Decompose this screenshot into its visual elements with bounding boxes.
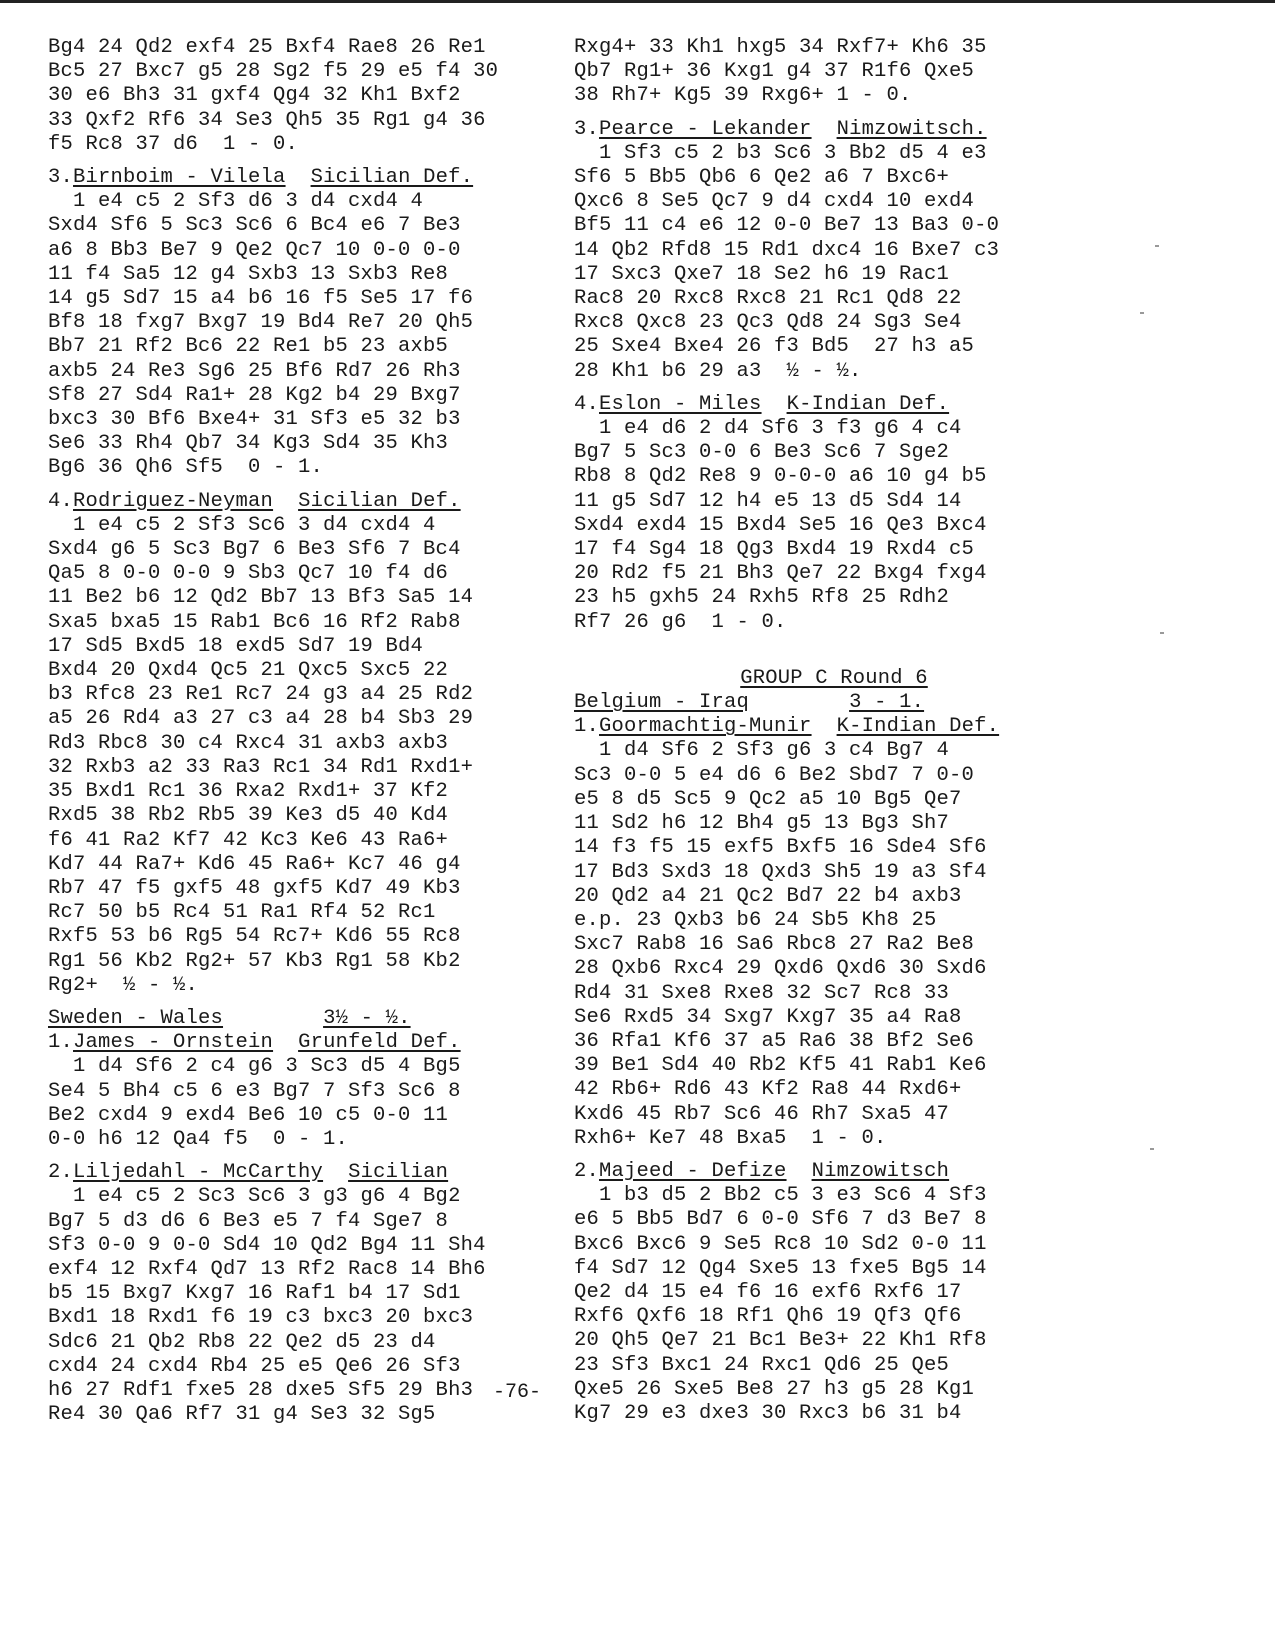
move-line: Se6 33 Rh4 Qb7 34 Kg3 Sd4 35 Kh3 <box>48 432 568 456</box>
move-line: 39 Be1 Sd4 40 Rb2 Kf5 41 Rab1 Ke6 <box>574 1054 1094 1078</box>
game-opening: Sicilian <box>348 1161 448 1184</box>
game-number: 4. <box>574 393 599 416</box>
move-line: 23 h5 gxh5 24 Rxh5 Rf8 25 Rdh2 <box>574 586 1094 610</box>
game-opening: Nimzowitsch <box>812 1160 950 1183</box>
spacer <box>273 490 298 513</box>
game-number: 2. <box>574 1160 599 1183</box>
move-line: Re4 30 Qa6 Rf7 31 g4 Se3 32 Sg5 <box>48 1403 568 1427</box>
move-line: Bb7 21 Rf2 Bc6 22 Re1 b5 23 axb5 <box>48 335 568 359</box>
move-line: Bc5 27 Bxc7 g5 28 Sg2 f5 29 e5 f4 30 <box>48 60 568 84</box>
page-number: -76- <box>493 1381 541 1404</box>
move-line: 36 Rfa1 Kf6 37 a5 Ra6 38 Bf2 Se6 <box>574 1030 1094 1054</box>
match-teams: Belgium - Iraq <box>574 691 749 714</box>
game-opening: Nimzowitsch. <box>837 118 987 141</box>
move-line: Rxc8 Qxc8 23 Qc3 Qd8 24 Sg3 Se4 <box>574 311 1094 335</box>
move-line: Kxd6 45 Rb7 Sc6 46 Rh7 Sxa5 47 <box>574 1103 1094 1127</box>
game-number: 2. <box>48 1161 73 1184</box>
move-line: 14 g5 Sd7 15 a4 b6 16 f5 Se5 17 f6 <box>48 287 568 311</box>
game-opening: K-Indian Def. <box>837 715 1000 738</box>
move-line: Rxd5 38 Rb2 Rb5 39 Ke3 d5 40 Kd4 <box>48 804 568 828</box>
spacer <box>787 1160 812 1183</box>
match-heading-belgium-iraq: Belgium - Iraq 3 - 1. <box>574 691 1094 715</box>
game-majeed-defize: 2.Majeed - Defize Nimzowitsch 1 b3 d5 2 … <box>574 1160 1094 1426</box>
move-line: 1 b3 d5 2 Bb2 c5 3 e3 Sc6 4 Sf3 <box>574 1184 1094 1208</box>
move-line: cxd4 24 cxd4 Rb4 25 e5 Qe6 26 Sf3 <box>48 1355 568 1379</box>
move-line: 1 e4 d6 2 d4 Sf6 3 f3 g6 4 c4 <box>574 417 1094 441</box>
move-line: Qb7 Rg1+ 36 Kxg1 g4 37 R1f6 Qxe5 <box>574 60 1094 84</box>
move-line: 1 Sf3 c5 2 b3 Sc6 3 Bb2 d5 4 e3 <box>574 142 1094 166</box>
move-line: exf4 12 Rxf4 Qd7 13 Rf2 Rac8 14 Bh6 <box>48 1258 568 1282</box>
move-line: 11 Sd2 h6 12 Bh4 g5 13 Bg3 Sh7 <box>574 812 1094 836</box>
move-line: 0-0 h6 12 Qa4 f5 0 - 1. <box>48 1128 568 1152</box>
game-opening: Grunfeld Def. <box>298 1031 461 1054</box>
move-line: Kg7 29 e3 dxe3 30 Rxc3 b6 31 b4 <box>574 1402 1094 1426</box>
move-line: Bg4 24 Qd2 exf4 25 Bxf4 Rae8 26 Re1 <box>48 36 568 60</box>
move-line: 20 Qh5 Qe7 21 Bc1 Be3+ 22 Kh1 Rf8 <box>574 1329 1094 1353</box>
spacer <box>323 1161 348 1184</box>
match-heading-sweden-wales: Sweden - Wales 3½ - ½. <box>48 1007 568 1031</box>
game-heading: 1.James - Ornstein Grunfeld Def. <box>48 1031 568 1055</box>
game-players: Liljedahl - McCarthy <box>73 1161 323 1184</box>
move-line: Sxd4 exd4 15 Bxd4 Se5 16 Qe3 Bxc4 <box>574 514 1094 538</box>
move-line: Bg7 5 d3 d6 6 Be3 e5 7 f4 Sge7 8 <box>48 1210 568 1234</box>
match-teams: Sweden - Wales <box>48 1007 223 1030</box>
left-column: Bg4 24 Qd2 exf4 25 Bxf4 Rae8 26 Re1Bc5 2… <box>48 36 568 1427</box>
move-line: Bg7 5 Sc3 0-0 6 Be3 Sc6 7 Sge2 <box>574 441 1094 465</box>
move-line: f5 Rc8 37 d6 1 - 0. <box>48 133 568 157</box>
move-line: 17 Bd3 Sxd3 18 Qxd3 Sh5 19 a3 Sf4 <box>574 861 1094 885</box>
game-players: Pearce - Lekander <box>599 118 812 141</box>
game-number: 3. <box>48 166 73 189</box>
move-line: Be2 cxd4 9 exd4 Be6 10 c5 0-0 11 <box>48 1104 568 1128</box>
move-line: Rd4 31 Sxe8 Rxe8 32 Sc7 Rc8 33 <box>574 982 1094 1006</box>
game-opening: Sicilian Def. <box>298 490 461 513</box>
move-line: Kd7 44 Ra7+ Kd6 45 Ra6+ Kc7 46 g4 <box>48 853 568 877</box>
move-line: Sf8 27 Sd4 Ra1+ 28 Kg2 b4 29 Bxg7 <box>48 384 568 408</box>
game-number: 3. <box>574 118 599 141</box>
spacer <box>286 166 311 189</box>
move-line: Rxf5 53 b6 Rg5 54 Rc7+ Kd6 55 Rc8 <box>48 925 568 949</box>
move-line: b5 15 Bxg7 Kxg7 16 Raf1 b4 17 Sd1 <box>48 1282 568 1306</box>
game-goormachtig-munir: 1.Goormachtig-Munir K-Indian Def. 1 d4 S… <box>574 715 1094 1151</box>
move-line: e6 5 Bb5 Bd7 6 0-0 Sf6 7 d3 Be7 8 <box>574 1208 1094 1232</box>
move-line: 1 e4 c5 2 Sf3 Sc6 3 d4 cxd4 4 <box>48 514 568 538</box>
scan-speck <box>1140 312 1144 314</box>
move-line: Rd3 Rbc8 30 c4 Rxc4 31 axb3 axb3 <box>48 732 568 756</box>
move-line: Sdc6 21 Qb2 Rb8 22 Qe2 d5 23 d4 <box>48 1331 568 1355</box>
scan-speck <box>1155 245 1159 247</box>
game-eslon-miles: 4.Eslon - Miles K-Indian Def. 1 e4 d6 2 … <box>574 393 1094 635</box>
move-line: Rxh6+ Ke7 48 Bxa5 1 - 0. <box>574 1127 1094 1151</box>
move-line: 17 f4 Sg4 18 Qg3 Bxd4 19 Rxd4 c5 <box>574 538 1094 562</box>
move-line: Qxc6 8 Se5 Qc7 9 d4 cxd4 10 exd4 <box>574 190 1094 214</box>
move-line: bxc3 30 Bf6 Bxe4+ 31 Sf3 e5 32 b3 <box>48 408 568 432</box>
move-line: Qa5 8 0-0 0-0 9 Sb3 Qc7 10 f4 d6 <box>48 562 568 586</box>
move-line: a6 8 Bb3 Be7 9 Qe2 Qc7 10 0-0 0-0 <box>48 239 568 263</box>
move-line: Sxd4 g6 5 Sc3 Bg7 6 Be3 Sf6 7 Bc4 <box>48 538 568 562</box>
move-line: 30 e6 Bh3 31 gxf4 Qg4 32 Kh1 Bxf2 <box>48 84 568 108</box>
move-line: 1 d4 Sf6 2 c4 g6 3 Sc3 d5 4 Bg5 <box>48 1055 568 1079</box>
game-players: Rodriguez-Neyman <box>73 490 273 513</box>
move-line: Rc7 50 b5 Rc4 51 Ra1 Rf4 52 Rc1 <box>48 901 568 925</box>
game-opening: K-Indian Def. <box>787 393 950 416</box>
move-line: Sc3 0-0 5 e4 d6 6 Be2 Sbd7 7 0-0 <box>574 764 1094 788</box>
move-line: 32 Rxb3 a2 33 Ra3 Rc1 34 Rd1 Rxd1+ <box>48 756 568 780</box>
game-players: Birnboim - Vilela <box>73 166 286 189</box>
move-line: axb5 24 Re3 Sg6 25 Bf6 Rd7 26 Rh3 <box>48 360 568 384</box>
game-players: Majeed - Defize <box>599 1160 787 1183</box>
game-heading: 4.Rodriguez-Neyman Sicilian Def. <box>48 490 568 514</box>
move-line: Sxa5 bxa5 15 Rab1 Bc6 16 Rf2 Rab8 <box>48 611 568 635</box>
game-liljedahl-mccarthy: 2.Liljedahl - McCarthy Sicilian 1 e4 c5 … <box>48 1161 568 1427</box>
scan-speck <box>1150 1148 1154 1150</box>
move-line: Rac8 20 Rxc8 Rxc8 21 Rc1 Qd8 22 <box>574 287 1094 311</box>
game-pearce-lekander: 3.Pearce - Lekander Nimzowitsch. 1 Sf3 c… <box>574 118 1094 384</box>
game-number: 4. <box>48 490 73 513</box>
game-heading: 3.Birnboim - Vilela Sicilian Def. <box>48 166 568 190</box>
move-line: 38 Rh7+ Kg5 39 Rxg6+ 1 - 0. <box>574 84 1094 108</box>
move-line: Rg1 56 Kb2 Rg2+ 57 Kb3 Rg1 58 Kb2 <box>48 950 568 974</box>
spacer <box>762 393 787 416</box>
move-line: 1 d4 Sf6 2 Sf3 g6 3 c4 Bg7 4 <box>574 739 1094 763</box>
page-top-border <box>0 0 1275 3</box>
move-line: Sxd4 Sf6 5 Sc3 Sc6 6 Bc4 e6 7 Be3 <box>48 214 568 238</box>
move-line: Rxf6 Qxf6 18 Rf1 Qh6 19 Qf3 Qf6 <box>574 1305 1094 1329</box>
match-score: 3½ - ½. <box>323 1007 411 1030</box>
scan-speck <box>1160 632 1164 634</box>
move-line: 23 Sf3 Bxc1 24 Rxc1 Qd6 25 Qe5 <box>574 1354 1094 1378</box>
game-players: Eslon - Miles <box>599 393 762 416</box>
continuation-game: Rxg4+ 33 Kh1 hxg5 34 Rxf7+ Kh6 35Qb7 Rg1… <box>574 36 1094 109</box>
move-line: Rg2+ ½ - ½. <box>48 974 568 998</box>
move-line: Rf7 26 g6 1 - 0. <box>574 611 1094 635</box>
section-title-text: GROUP C Round 6 <box>740 667 928 690</box>
move-line: Se6 Rxd5 34 Sxg7 Kxg7 35 a4 Ra8 <box>574 1006 1094 1030</box>
move-line: 28 Qxb6 Rxc4 29 Qxd6 Qxd6 30 Sxd6 <box>574 957 1094 981</box>
game-players: Goormachtig-Munir <box>599 715 812 738</box>
move-line: 11 Be2 b6 12 Qd2 Bb7 13 Bf3 Sa5 14 <box>48 586 568 610</box>
game-heading: 4.Eslon - Miles K-Indian Def. <box>574 393 1094 417</box>
section-title: GROUP C Round 6 <box>574 667 1094 691</box>
move-line: 42 Rb6+ Rd6 43 Kf2 Ra8 44 Rxd6+ <box>574 1078 1094 1102</box>
move-line: Qxe5 26 Sxe5 Be8 27 h3 g5 28 Kg1 <box>574 1378 1094 1402</box>
move-line: 35 Bxd1 Rc1 36 Rxa2 Rxd1+ 37 Kf2 <box>48 780 568 804</box>
move-line: Bf8 18 fxg7 Bxg7 19 Bd4 Re7 20 Qh5 <box>48 311 568 335</box>
move-line: Bf5 11 c4 e6 12 0-0 Be7 13 Ba3 0-0 <box>574 214 1094 238</box>
game-heading: 3.Pearce - Lekander Nimzowitsch. <box>574 118 1094 142</box>
move-line: Sf6 5 Bb5 Qb6 6 Qe2 a6 7 Bxc6+ <box>574 166 1094 190</box>
game-number: 1. <box>48 1031 73 1054</box>
continuation-game: Bg4 24 Qd2 exf4 25 Bxf4 Rae8 26 Re1Bc5 2… <box>48 36 568 157</box>
spacer <box>812 715 837 738</box>
move-line: 25 Sxe4 Bxe4 26 f3 Bd5 27 h3 a5 <box>574 335 1094 359</box>
game-birnboim-vilela: 3.Birnboim - Vilela Sicilian Def. 1 e4 c… <box>48 166 568 481</box>
move-line: 17 Sd5 Bxd5 18 exd5 Sd7 19 Bd4 <box>48 635 568 659</box>
move-line: Rxg4+ 33 Kh1 hxg5 34 Rxf7+ Kh6 35 <box>574 36 1094 60</box>
move-line: Bg6 36 Qh6 Sf5 0 - 1. <box>48 456 568 480</box>
move-line: e.p. 23 Qxb3 b6 24 Sb5 Kh8 25 <box>574 909 1094 933</box>
move-line: 14 f3 f5 15 exf5 Bxf5 16 Sde4 Sf6 <box>574 836 1094 860</box>
game-heading: 2.Liljedahl - McCarthy Sicilian <box>48 1161 568 1185</box>
move-line: f4 Sd7 12 Qg4 Sxe5 13 fxe5 Bg5 14 <box>574 1257 1094 1281</box>
move-line: Sxc7 Rab8 16 Sa6 Rbc8 27 Ra2 Be8 <box>574 933 1094 957</box>
match-score: 3 - 1. <box>849 691 924 714</box>
move-line: Bxd1 18 Rxd1 f6 19 c3 bxc3 20 bxc3 <box>48 1306 568 1330</box>
spacer <box>273 1031 298 1054</box>
move-line: Bxd4 20 Qxd4 Qc5 21 Qxc5 Sxc5 22 <box>48 659 568 683</box>
move-line: 14 Qb2 Rfd8 15 Rd1 dxc4 16 Bxe7 c3 <box>574 239 1094 263</box>
move-line: Rb8 8 Qd2 Re8 9 0-0-0 a6 10 g4 b5 <box>574 465 1094 489</box>
move-line: 11 f4 Sa5 12 g4 Sxb3 13 Sxb3 Re8 <box>48 263 568 287</box>
right-column: Rxg4+ 33 Kh1 hxg5 34 Rxf7+ Kh6 35Qb7 Rg1… <box>574 36 1094 1426</box>
move-line: h6 27 Rdf1 fxe5 28 dxe5 Sf5 29 Bh3 <box>48 1379 568 1403</box>
move-line: 1 e4 c5 2 Sf3 d6 3 d4 cxd4 4 <box>48 190 568 214</box>
move-line: Bxc6 Bxc6 9 Se5 Rc8 10 Sd2 0-0 11 <box>574 1233 1094 1257</box>
game-rodriguez-neyman: 4.Rodriguez-Neyman Sicilian Def. 1 e4 c5… <box>48 490 568 998</box>
move-line: 20 Qd2 a4 21 Qc2 Bd7 22 b4 axb3 <box>574 885 1094 909</box>
spacer <box>812 118 837 141</box>
move-line: e5 8 d5 Sc5 9 Qc2 a5 10 Bg5 Qe7 <box>574 788 1094 812</box>
move-line: b3 Rfc8 23 Re1 Rc7 24 g3 a4 25 Rd2 <box>48 683 568 707</box>
move-line: Rb7 47 f5 gxf5 48 gxf5 Kd7 49 Kb3 <box>48 877 568 901</box>
move-line: 28 Kh1 b6 29 a3 ½ - ½. <box>574 360 1094 384</box>
game-number: 1. <box>574 715 599 738</box>
move-line: Qe2 d4 15 e4 f6 16 exf6 Rxf6 17 <box>574 1281 1094 1305</box>
move-line: 17 Sxc3 Qxe7 18 Se2 h6 19 Rac1 <box>574 263 1094 287</box>
move-line: f6 41 Ra2 Kf7 42 Kc3 Ke6 43 Ra6+ <box>48 829 568 853</box>
move-line: 1 e4 c5 2 Sc3 Sc6 3 g3 g6 4 Bg2 <box>48 1185 568 1209</box>
move-line: 20 Rd2 f5 21 Bh3 Qe7 22 Bxg4 fxg4 <box>574 562 1094 586</box>
game-heading: 2.Majeed - Defize Nimzowitsch <box>574 1160 1094 1184</box>
move-line: Sf3 0-0 9 0-0 Sd4 10 Qd2 Bg4 11 Sh4 <box>48 1234 568 1258</box>
game-opening: Sicilian Def. <box>311 166 474 189</box>
move-line: 33 Qxf2 Rf6 34 Se3 Qh5 35 Rg1 g4 36 <box>48 109 568 133</box>
game-james-ornstein: 1.James - Ornstein Grunfeld Def. 1 d4 Sf… <box>48 1031 568 1152</box>
game-heading: 1.Goormachtig-Munir K-Indian Def. <box>574 715 1094 739</box>
move-line: a5 26 Rd4 a3 27 c3 a4 28 b4 Sb3 29 <box>48 707 568 731</box>
move-line: 11 g5 Sd7 12 h4 e5 13 d5 Sd4 14 <box>574 490 1094 514</box>
move-line: Se4 5 Bh4 c5 6 e3 Bg7 7 Sf3 Sc6 8 <box>48 1080 568 1104</box>
game-players: James - Ornstein <box>73 1031 273 1054</box>
